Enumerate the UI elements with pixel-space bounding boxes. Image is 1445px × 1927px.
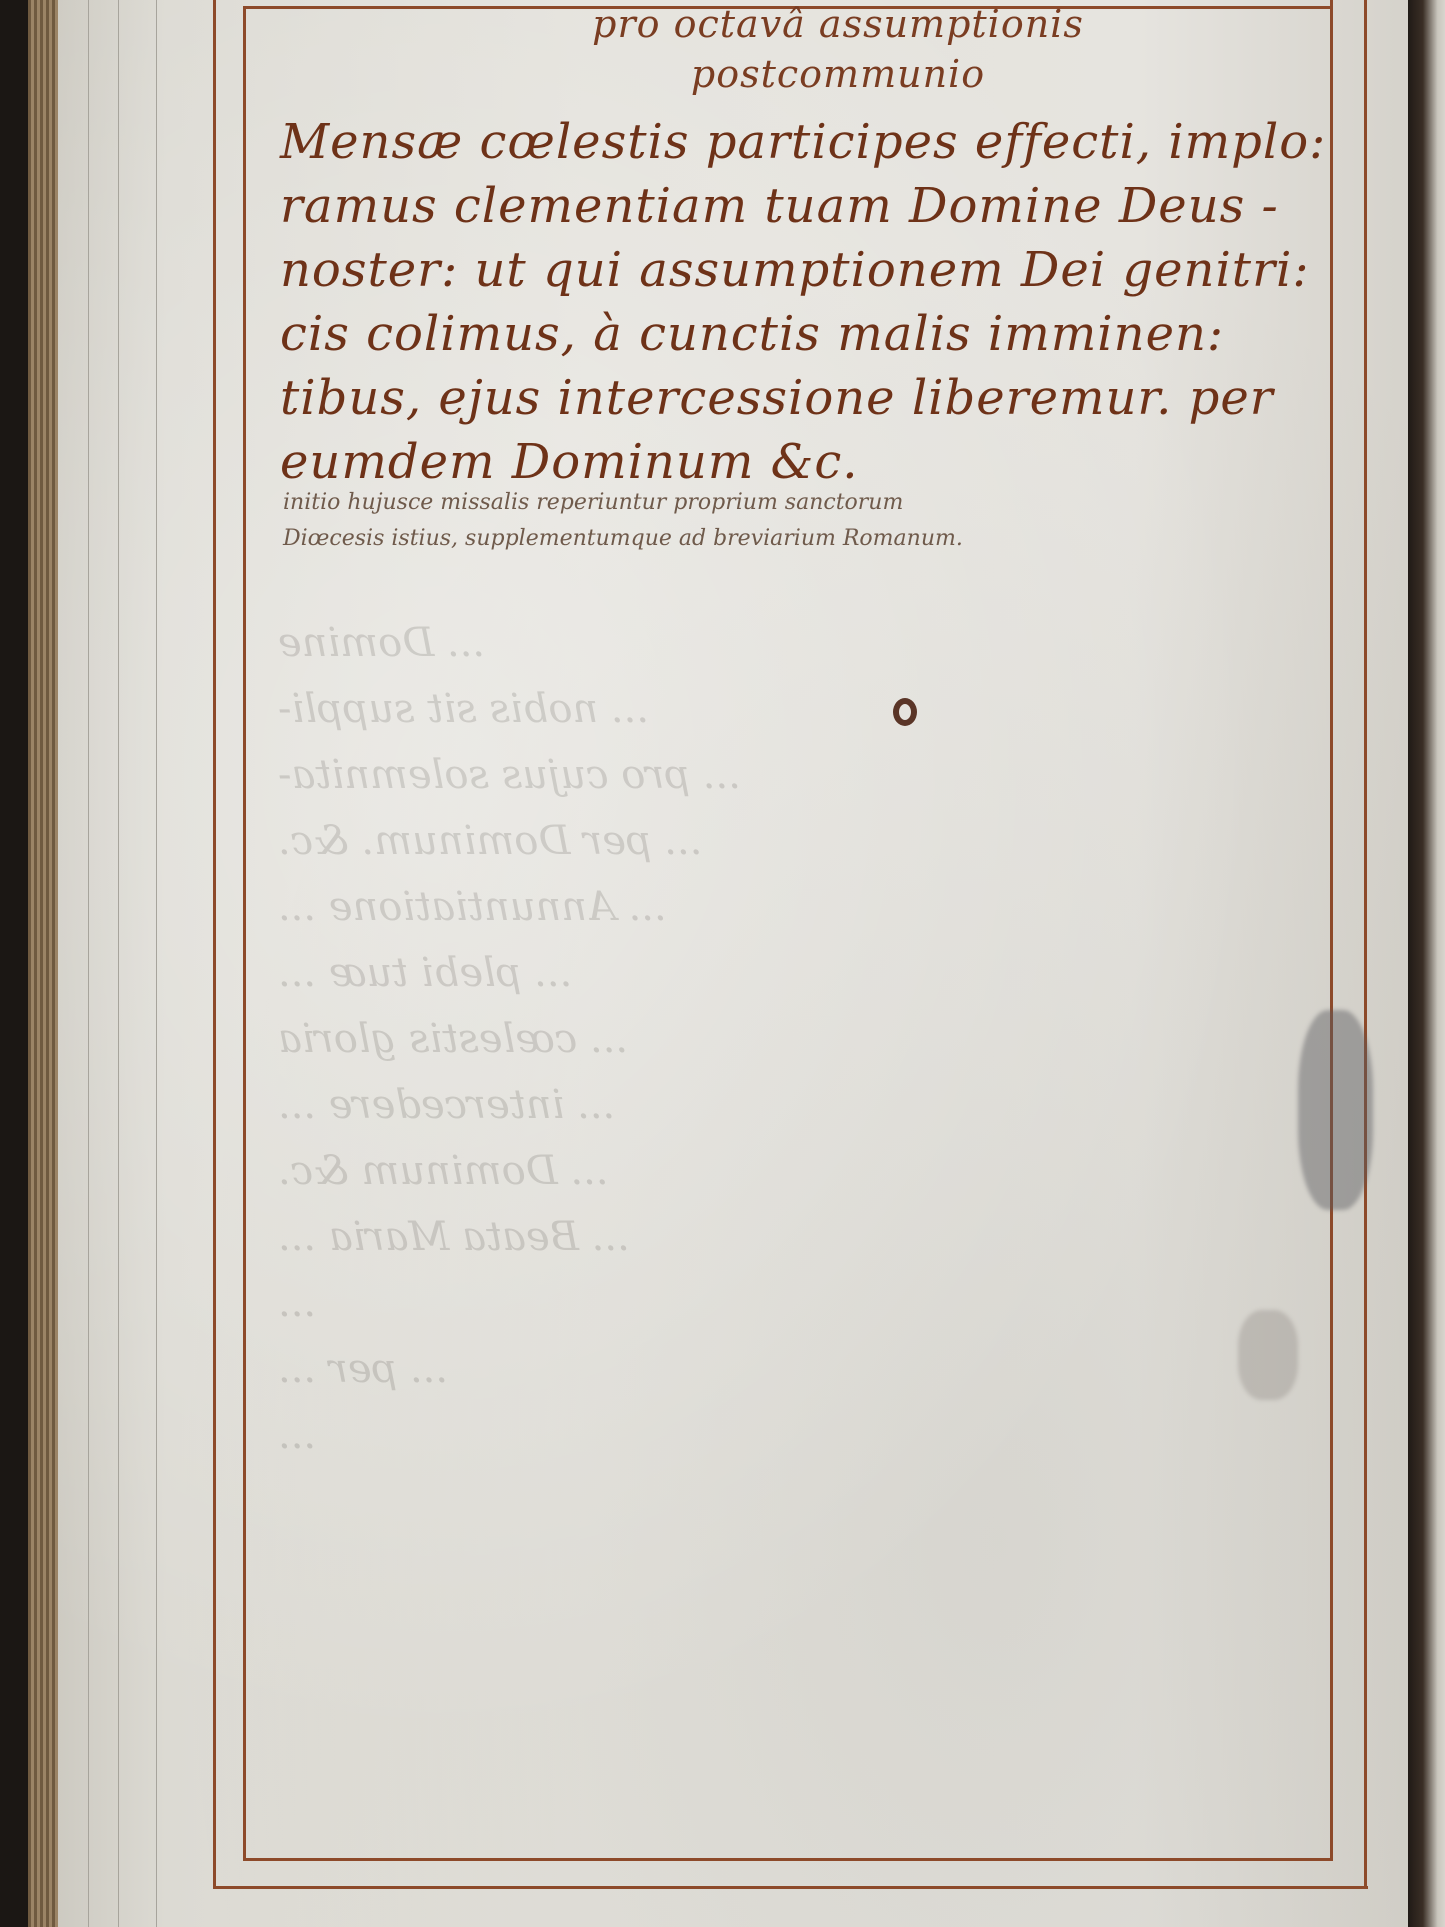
fold-crease xyxy=(88,0,89,1927)
bleed-line: ... Annuntiatione ... xyxy=(278,874,1328,940)
bleed-through-text: ... Domine ... nobis sit suppli- ... pro… xyxy=(278,610,1328,1468)
bleed-line: ... Beata Maria ... xyxy=(278,1204,1328,1270)
bleed-line: ... cœlestis gloria xyxy=(278,1006,1328,1072)
bleed-line: ... intercedere ... xyxy=(278,1072,1328,1138)
bleed-line: ... per ... xyxy=(278,1336,1328,1402)
frame-outer-bottom xyxy=(213,1886,1368,1889)
bleed-line: ... per Dominum. &c. xyxy=(278,808,1328,874)
frame-inner-right xyxy=(1330,0,1333,1860)
page-stack-edges xyxy=(28,0,58,1927)
bleed-line: ... xyxy=(278,1270,1328,1336)
bleed-line: ... xyxy=(278,1402,1328,1468)
prayer-line: ramus clementiam tuam Domine Deus - xyxy=(280,174,1325,238)
bleed-line: ... Domine xyxy=(278,610,1328,676)
fold-crease xyxy=(118,0,119,1927)
frame-inner-left xyxy=(243,6,246,1861)
bleed-line: ... nobis sit suppli- xyxy=(278,676,1328,742)
fold-crease xyxy=(156,0,157,1927)
prayer-line: Mensæ cœlestis participes effecti, implo… xyxy=(280,110,1325,174)
note-line: initio hujusce missalis reperiuntur prop… xyxy=(283,485,1323,521)
prayer-line: cis colimus, à cunctis malis imminen: xyxy=(280,302,1325,366)
frame-outer-right xyxy=(1364,0,1367,1888)
heading-postcommunio: postcommunio xyxy=(528,52,1148,96)
frame-outer-left xyxy=(213,0,216,1888)
heading-feast: pro octavâ assumptionis xyxy=(528,2,1148,46)
manuscript-page: pro octavâ assumptionis postcommunio Men… xyxy=(28,0,1413,1927)
marginal-note: initio hujusce missalis reperiuntur prop… xyxy=(283,485,1323,557)
prayer-line: noster: ut qui assumptionem Dei genitri: xyxy=(280,238,1325,302)
note-line: Diœcesis istius, supplementumque ad brev… xyxy=(283,521,1323,557)
bleed-line: ... plebi tuæ ... xyxy=(278,940,1328,1006)
prayer-line: tibus, ejus intercessione liberemur. per xyxy=(280,366,1325,430)
frame-inner-bottom xyxy=(243,1858,1333,1861)
bleed-line: ... pro cujus solemnita- xyxy=(278,742,1328,808)
bleed-line: ... Dominum &c. xyxy=(278,1138,1328,1204)
prayer-text: Mensæ cœlestis participes effecti, implo… xyxy=(280,110,1325,494)
book-binding xyxy=(1408,0,1445,1927)
